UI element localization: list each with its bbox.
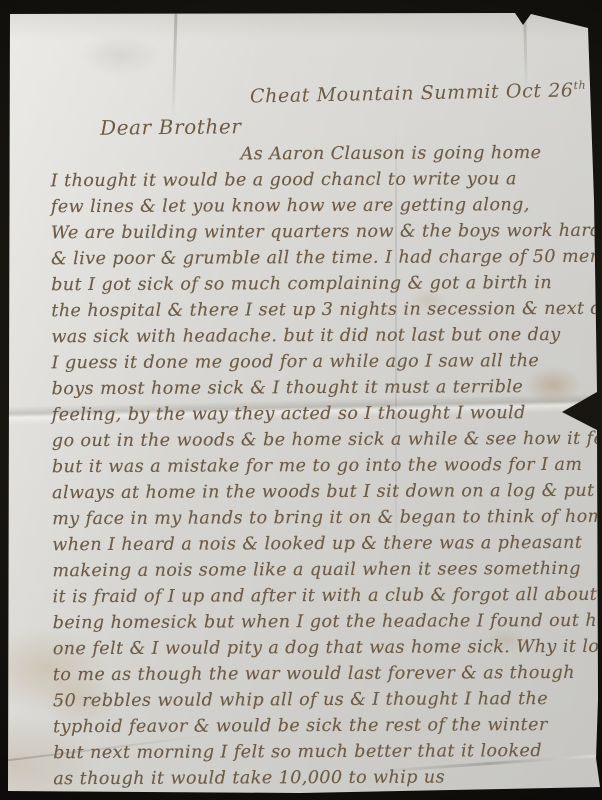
photo-background: Cheat Mountain Summit Oct 26th Dear Brot… [0,0,602,800]
letter-line: boys most home sick & I thought it must … [52,374,600,402]
letter-line: but next morning I felt so much better t… [53,738,601,766]
letter-line: was sick with headache. but it did not l… [51,322,599,350]
dateline-ordinal-suffix: th [573,79,586,92]
letter-line: always at home in the woods but I sit do… [52,478,600,506]
letter-line: but I got sick of so much complaining & … [51,270,599,298]
letter-line: typhoid feavor & would be sick the rest … [53,712,601,740]
letter-line: it is fraid of I up and after it with a … [53,582,601,610]
letter-line: few lines & let you know how we are gett… [51,192,599,220]
letter-line: We are building winter quarters now & th… [51,218,599,246]
letter-dateline: Cheat Mountain Summit Oct 26th [249,79,586,108]
letter-line: & live poor & grumble all the time. I ha… [51,244,599,272]
letter-line: when I heard a nois & looked up & there … [52,530,600,558]
letter-line: 50 rebbles would whip all of us & I thou… [53,686,601,714]
letter-line: one felt & I would pity a dog that was h… [53,634,601,662]
letter-line: to me as though the war would last forev… [53,660,601,688]
letter-line: being homesick but when I got the headac… [53,608,601,636]
letter-line: I thought it would be a good chancl to w… [51,166,599,194]
letter-line: go out in the woods & be home sick a whi… [52,426,600,454]
letter-line: feeling, by the way they acted so I thou… [52,400,600,428]
letter-line: I guess it done me good for a while ago … [51,348,599,376]
letter-paper: Cheat Mountain Summit Oct 26th Dear Brot… [0,0,602,800]
letter-line: As Aaron Clauson is going home [51,140,599,168]
letter-salutation: Dear Brother [100,114,242,139]
fold-crease-vertical-left [171,13,177,121]
letter-line: my face in my hands to bring it on & beg… [52,504,600,532]
letter-line: but it was a mistake for me to go into t… [52,452,600,480]
dateline-text: Cheat Mountain Summit Oct 26 [249,79,573,107]
letter-line: makeing a nois some like a quail when it… [52,556,600,584]
letter-line: the hospital & there I set up 3 nights i… [51,296,599,324]
letter-body: As Aaron Clauson is going home I thought… [51,140,602,792]
letter-line: as though it would take 10,000 to whip u… [53,764,601,792]
